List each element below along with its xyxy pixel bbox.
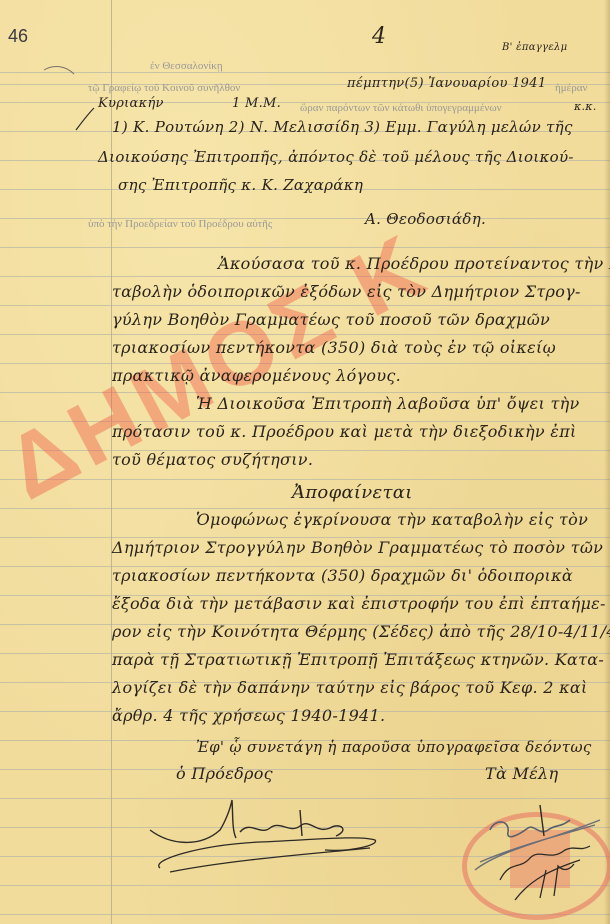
para2-line-1: Ἡ Διοικοῦσα Ἐπιτροπὴ λαβοῦσα ὑπ' ὄψει τὴ…: [196, 394, 580, 413]
president-signature: [140, 790, 380, 880]
printed-presidency: ὑπὸ τὴν Προεδρείαν τοῦ Προέδρου αὐτῆς: [88, 218, 272, 230]
member-signatures: [470, 800, 610, 910]
closing-line: Ἐφ' ᾧ συνετάγη ἡ παροῦσα ὑπογραφεῖσα δεό…: [196, 738, 592, 756]
para3-line-2: Δημήτριον Στρογγύλην Βοηθὸν Γραμματέως τ…: [112, 538, 603, 557]
para2-line-2: πρότασιν τοῦ κ. Προέδρου καὶ μετὰ τὴν δι…: [112, 422, 577, 441]
margin-bracket-mark: [64, 104, 104, 134]
abbr-right: κ.κ.: [574, 100, 597, 113]
decision-heading: Ἀποφαίνεται: [292, 482, 413, 503]
attendees-line-2: Διοικούσης Ἐπιτροπῆς, ἀπόντος δὲ τοῦ μέλ…: [98, 148, 574, 166]
printed-line-2: τῷ Γραφείῳ τοῦ Κοινοῦ συνῆλθον: [88, 82, 240, 94]
weekday: Κυριακήν: [98, 96, 164, 111]
attendees-line-1: 1) Κ. Ρουτώνη 2) Ν. Μελισσίδη 3) Εμμ. Γα…: [112, 118, 573, 136]
members-label: Τὰ Μέλη: [485, 764, 558, 783]
date-line: πέμπτην(5) Ἰανουαρίου 1941: [347, 76, 546, 91]
meeting-time: 1 Μ.Μ.: [232, 96, 281, 111]
ledger-page: ΔΗΜΟΣ Κ 46 4 Β' ἐπαγγελμ ἐν Θεσσαλονίκῃ …: [0, 0, 610, 924]
para3-line-7: λογίζει δὲ τὴν δαπάνην ταύτην εἰς βάρος …: [112, 678, 588, 697]
para1-line-2: ταβολὴν ὁδοιπορικῶν ἐξόδων εἰς τὸν Δημήτ…: [112, 282, 581, 301]
attendees-line-3: σης Ἐπιτροπῆς κ. Κ. Ζαχαράκη: [118, 176, 363, 194]
para3-line-3: τριακοσίων πεντήκοντα (350) δραχμῶν δι' …: [112, 566, 573, 585]
session-label: Β' ἐπαγγελμ: [502, 42, 567, 53]
folio-number: 4: [372, 24, 386, 49]
para1-line-1: Ἀκούσασα τοῦ κ. Προέδρου προτείναντος τὴ…: [218, 254, 610, 273]
para3-line-4: ἔξοδα διὰ τὴν μετάβασιν καὶ ἐπιστροφήν τ…: [112, 594, 606, 613]
president-name: Α. Θεοδοσιάδη.: [365, 210, 486, 228]
ruled-line: [0, 72, 610, 73]
margin-mark: [40, 60, 80, 80]
president-label: ὁ Πρόεδρος: [176, 764, 273, 783]
para3-line-8: ἄρθρ. 4 τῆς χρήσεως 1940-1941.: [112, 706, 385, 725]
para1-line-5: πρακτικῷ ἀναφερομένους λόγους.: [112, 366, 401, 385]
ruled-line: [0, 247, 610, 248]
para2-line-3: τοῦ θέματος συζήτησιν.: [112, 450, 313, 469]
para3-line-1: Ὁμοφώνως ἐγκρίνουσα τὴν καταβολὴν εἰς τὸ…: [196, 510, 588, 529]
para1-line-4: τριακοσίων πεντήκοντα (350) διὰ τοὺς ἐν …: [112, 338, 556, 357]
para1-line-3: γύλην Βοηθὸν Γραμματέως τοῦ ποσοῦ τῶν δρ…: [112, 310, 550, 329]
page-number: 46: [8, 26, 28, 47]
para3-line-5: ρον εἰς τὴν Κοινότητα Θέρμης (Σέδες) ἀπὸ…: [112, 622, 610, 641]
page-edge-shadow: [604, 0, 610, 924]
printed-line-1: ἐν Θεσσαλονίκῃ: [150, 60, 223, 72]
printed-line-3: ὥραν παρόντων τῶν κάτωθι ὑπογεγραμμένων: [300, 102, 502, 114]
printed-day-word: ἡμέραν: [555, 82, 588, 94]
ruled-line: [0, 508, 610, 509]
para3-line-6: παρὰ τῇ Στρατιωτικῇ Ἐπιτροπῇ Ἐπιτάξεως κ…: [112, 650, 604, 669]
